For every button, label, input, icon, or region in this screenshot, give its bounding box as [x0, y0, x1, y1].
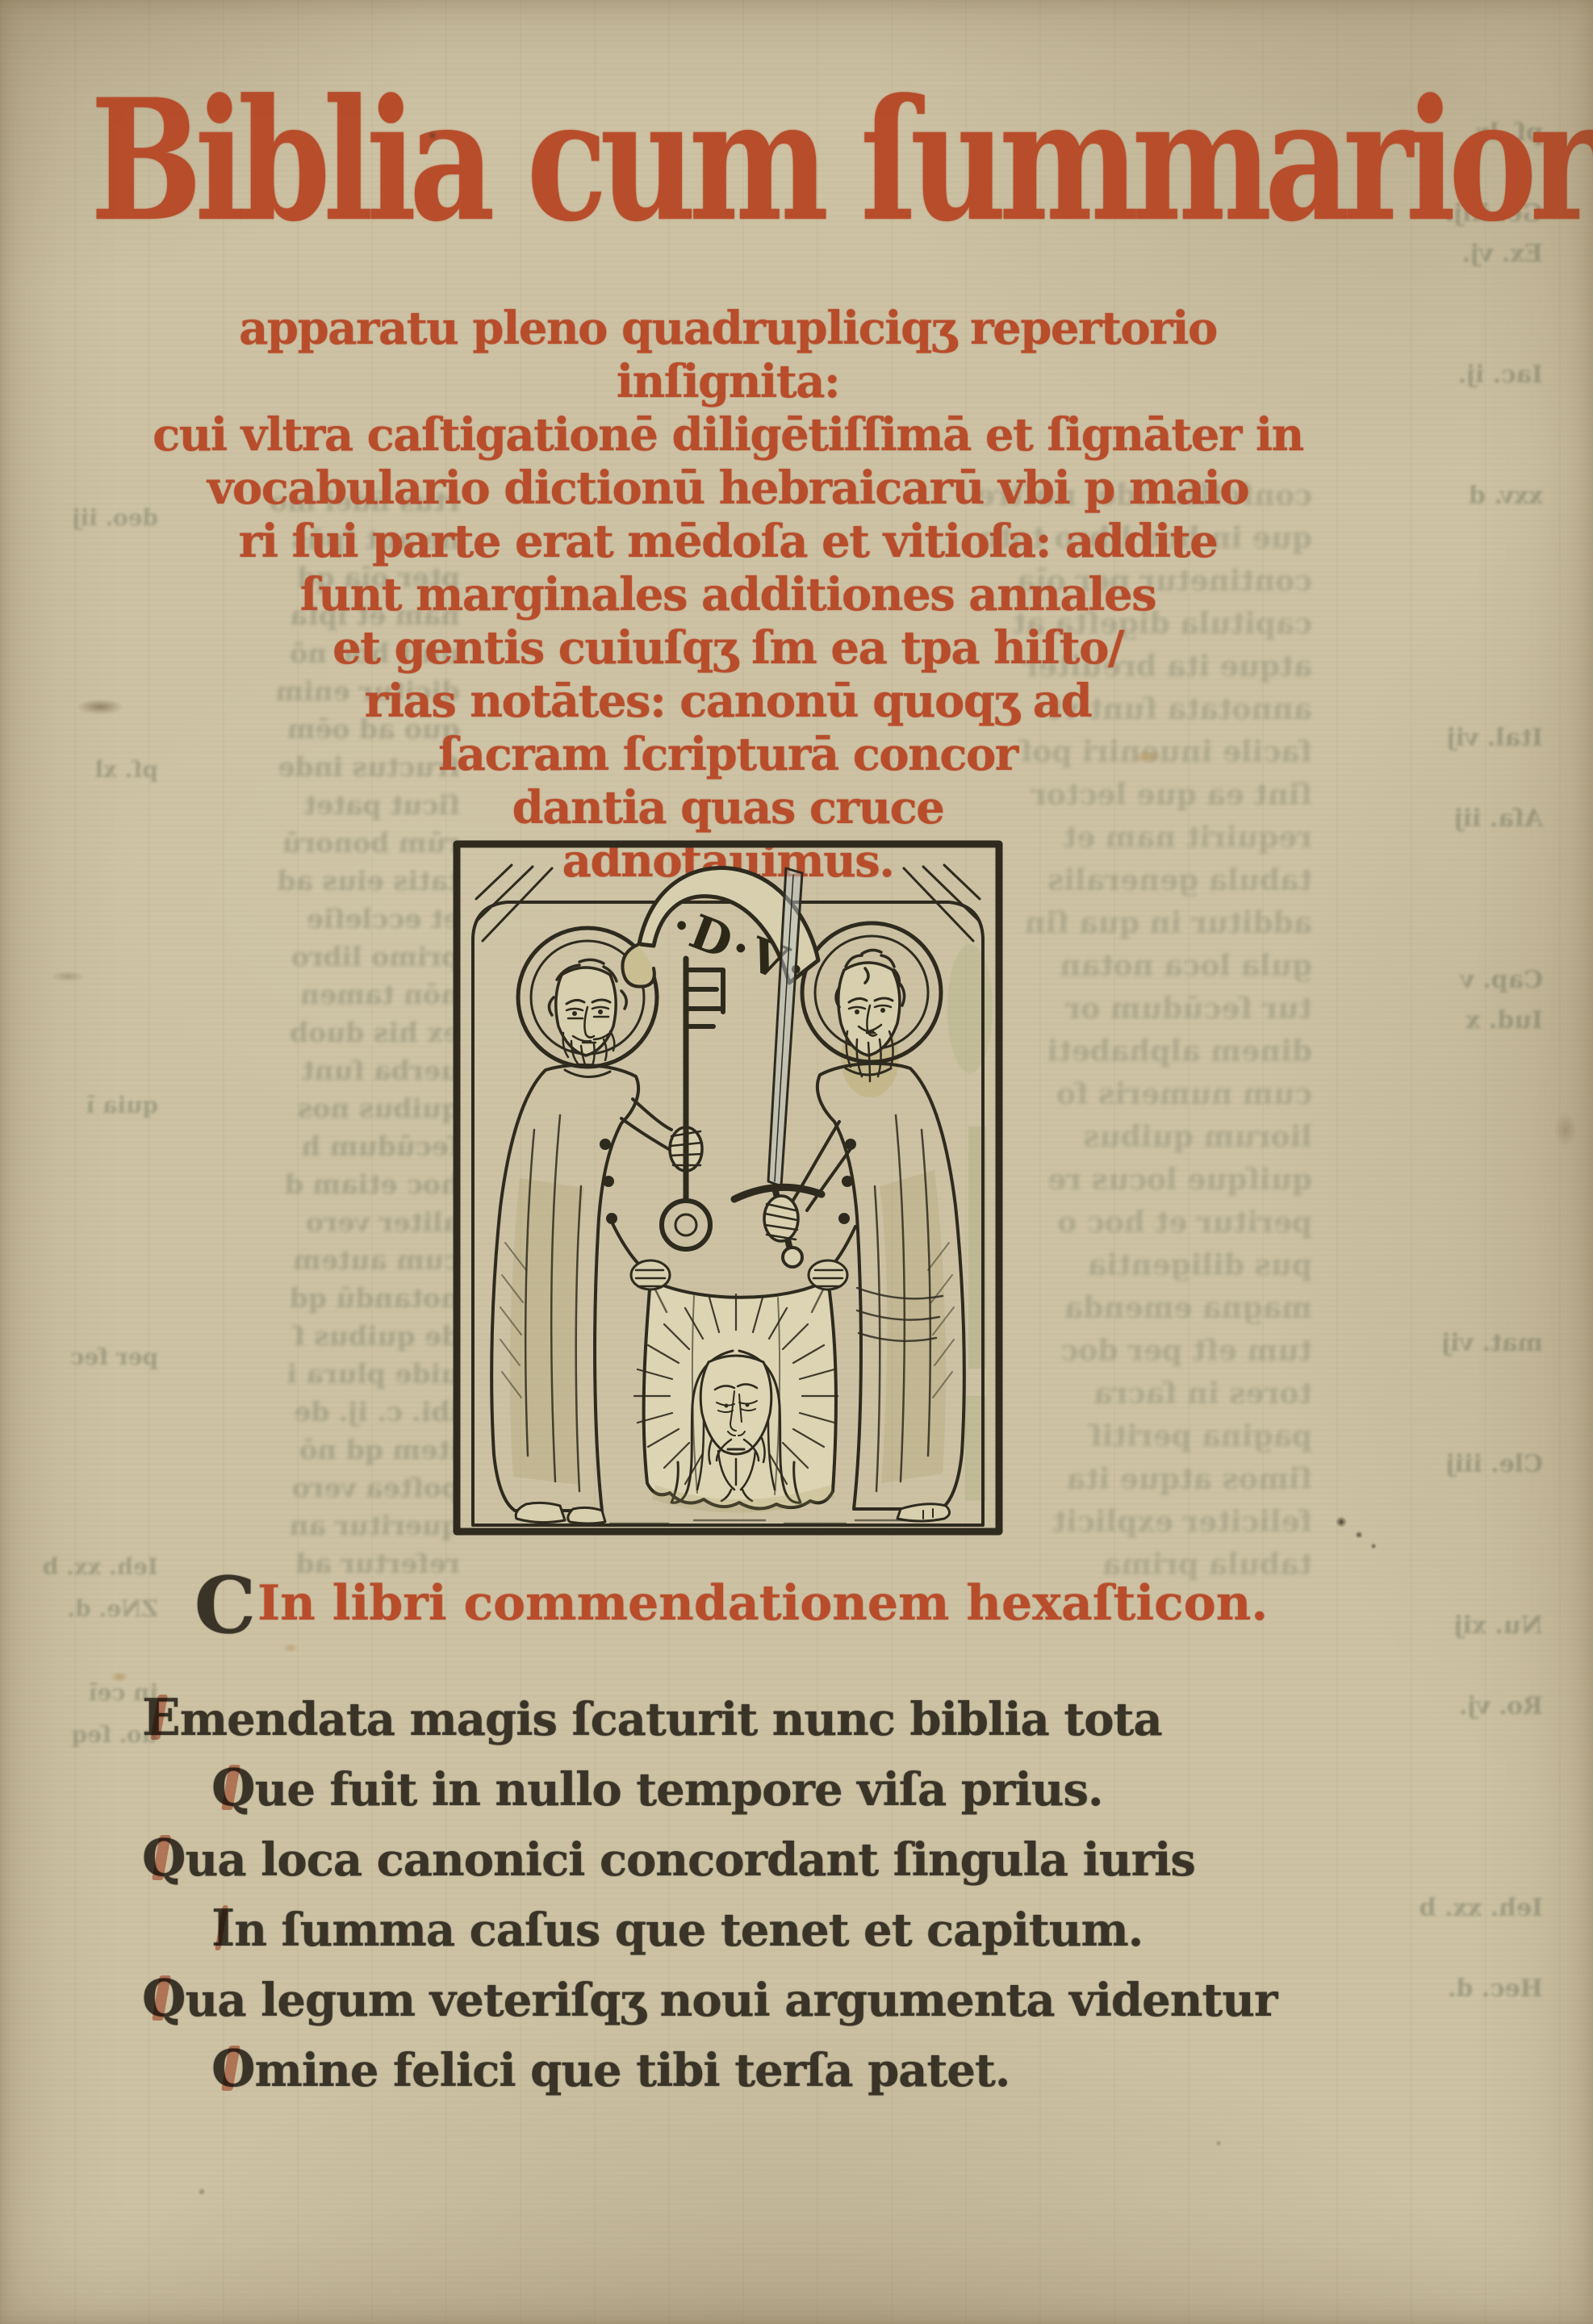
verse-text: ue fuit in nullo tempore viſa prius.	[255, 1763, 1103, 1816]
verse-line: Qua legum veteriſqʒ noui argumenta viden…	[142, 1966, 1277, 2036]
rubricated-initial: I	[211, 1903, 234, 1954]
rubricated-initial: Q	[142, 1973, 186, 2024]
rubricated-initial: O	[211, 2043, 255, 2094]
subtitle-line: dantia quas cruce	[137, 781, 1319, 834]
verse-text: ua loca canonici concordant ſingula iuri…	[186, 1833, 1195, 1887]
verse-line: Omine felici que tibi terſa patet.	[142, 2036, 1277, 2106]
woodcut-illustration: ·D·V·	[452, 839, 1004, 1538]
verse-text: n ſumma caſus que tenet et capitum.	[234, 1904, 1143, 1957]
section-heading-text: In libri commendationem hexaſticon.	[257, 1575, 1268, 1632]
rubricated-initial: E	[142, 1692, 180, 1743]
page-title: Biblia cum ſummariorū	[90, 77, 1370, 245]
section-heading: CIn libri commendationem hexaſticon.	[145, 1575, 1317, 1632]
rubricated-initial: Q	[211, 1762, 255, 1813]
book-page: rtus fidei mo ne aut ſpūs pter oīa qd na…	[0, 0, 1593, 2324]
verse-text: ua legum veteriſqʒ noui argumenta vident…	[186, 1974, 1277, 2027]
subtitle-line: ri ſui parte erat mēdoſa et vitioſa: add…	[137, 515, 1319, 568]
verse-line: Qua loca canonici concordant ſingula iur…	[142, 1825, 1277, 1896]
subtitle-line: vocabulario dictionū hebraicarū vbi p ma…	[137, 462, 1319, 515]
rubricated-initial: Q	[142, 1833, 186, 1883]
verse-text: mine felici que tibi terſa patet.	[255, 2044, 1010, 2097]
subtitle-line: rias notātes: canonū quoqʒ ad	[137, 675, 1319, 728]
key-icon	[662, 959, 723, 1249]
hexasticon-verses: Emendata magis ſcaturit nunc biblia tota…	[142, 1685, 1277, 2106]
verse-line: Emendata magis ſcaturit nunc biblia tota	[142, 1685, 1277, 1755]
verse-line: Que fuit in nullo tempore viſa prius.	[142, 1755, 1277, 1825]
showthrough-right-margin-notes: pſ. lx Ge. iiij. Ex. vj. Iac. ij. xxv. d…	[1333, 113, 1543, 2009]
verse-text: mendata magis ſcaturit nunc biblia tota	[180, 1693, 1162, 1746]
subtitle-line: cui vltra caſtigationē diligētiſſimā et …	[137, 408, 1319, 462]
subtitle-line: ſunt marginales additiones annales	[137, 568, 1319, 621]
verse-line: In ſumma caſus que tenet et capitum.	[142, 1896, 1277, 1966]
subtitle-line: apparatu pleno quadrupliciqʒ repertorio …	[137, 302, 1319, 408]
capitulum-mark: C	[194, 1560, 256, 1651]
subtitle-block: apparatu pleno quadrupliciqʒ repertorio …	[137, 302, 1319, 888]
subtitle-line: et gentis cuiuſqʒ ſm ea tpa hiſto/	[137, 621, 1319, 675]
subtitle-line: ſacram ſcripturā concor	[137, 728, 1319, 781]
